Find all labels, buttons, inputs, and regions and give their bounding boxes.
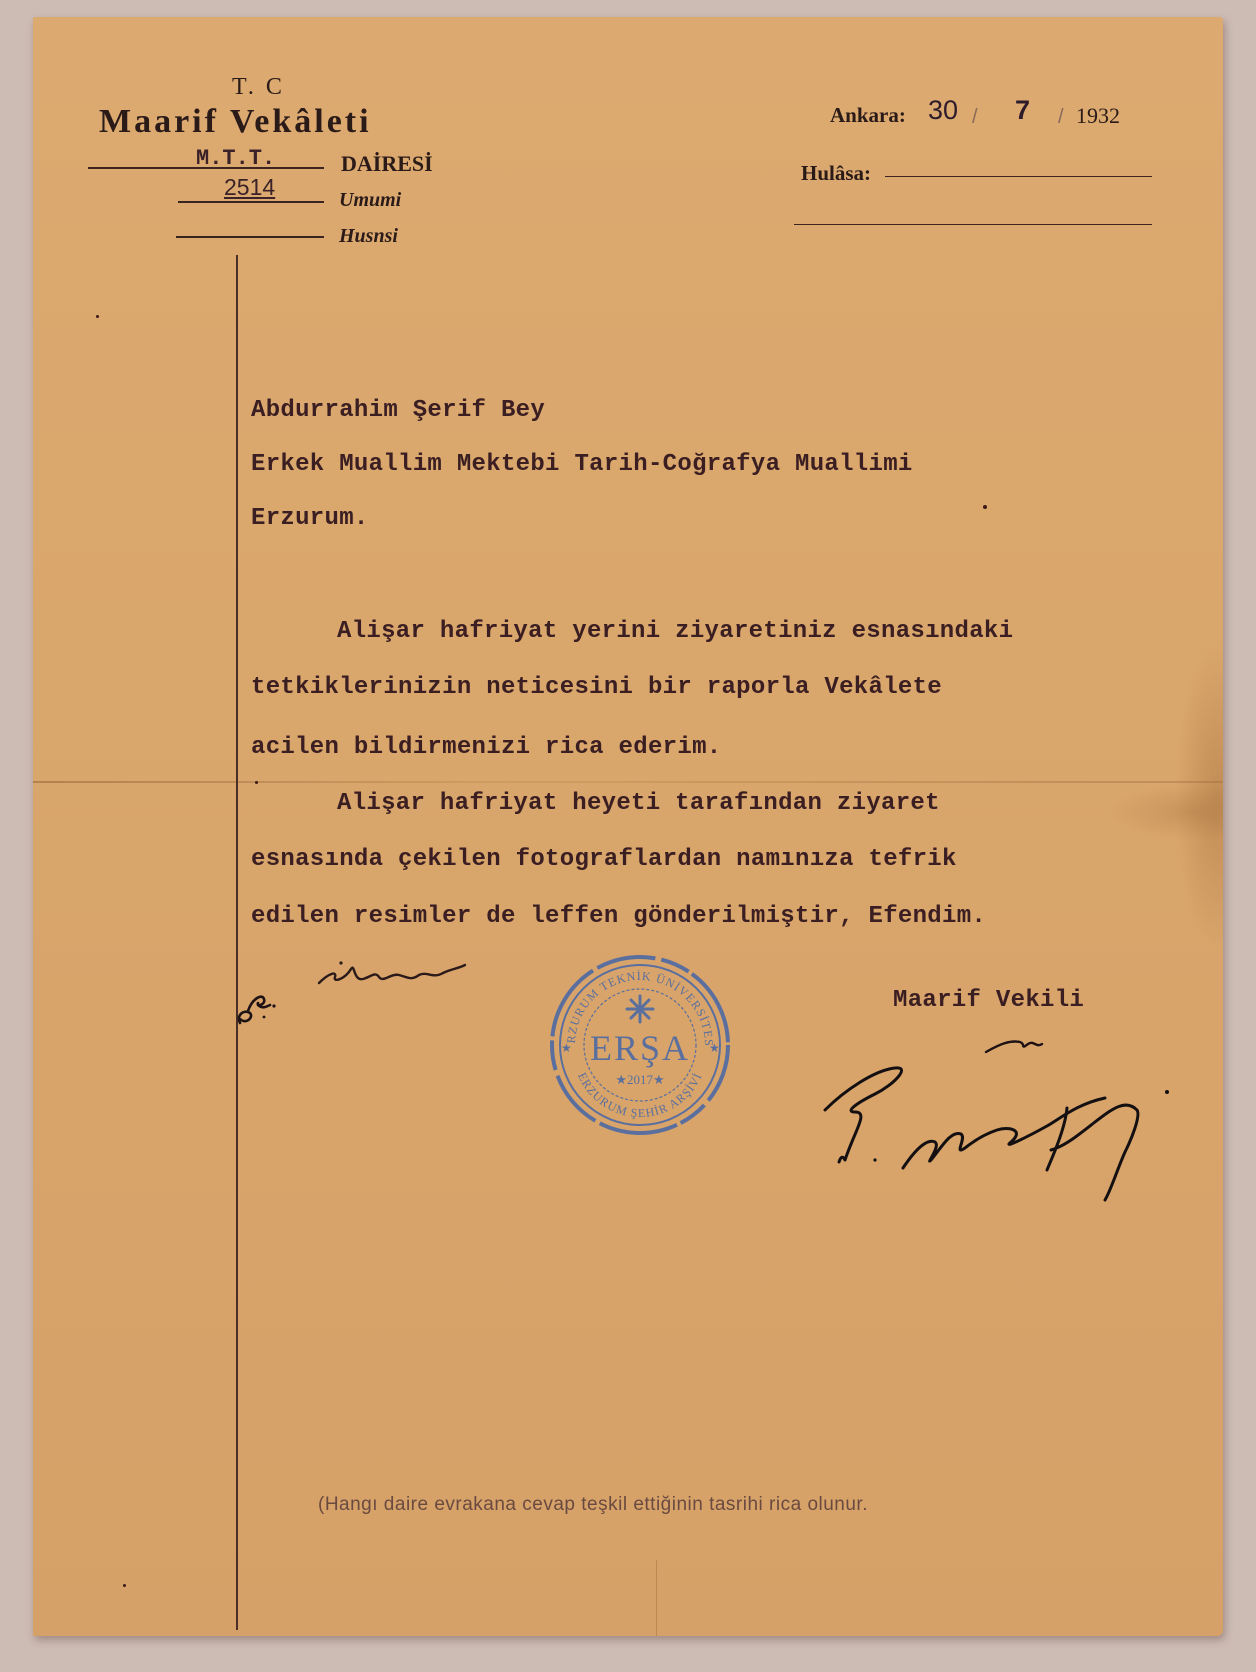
archive-stamp: ERZURUM TEKNİK ÜNİVERSİTESİ ERZURUM ŞEHİ… xyxy=(545,950,735,1140)
ink-speck xyxy=(96,315,99,318)
body-line: acilen bildirmenizi rica ederim. xyxy=(251,734,721,761)
stamp-star-icon: ★ xyxy=(561,1041,572,1055)
summary-rule-2 xyxy=(794,224,1152,225)
signatory-title: Maarif Vekili xyxy=(893,987,1084,1014)
summary-rule xyxy=(885,176,1152,177)
summary-label: Hulâsa: xyxy=(801,161,871,186)
body-line: edilen resimler de leffen gönderilmiştir… xyxy=(251,903,986,930)
reference-number: 2514 xyxy=(224,174,275,201)
state-label: T. C xyxy=(232,74,285,101)
handwritten-note-icon xyxy=(315,955,475,995)
department-code: M.T.T. xyxy=(196,146,275,171)
horizontal-fold-line xyxy=(33,781,1223,783)
stamp-year: ★2017★ xyxy=(615,1072,664,1087)
recipient-position: Erkek Muallim Mektebi Tarih-Coğrafya Mua… xyxy=(251,451,913,478)
date-separator: / xyxy=(1058,106,1064,129)
recipient-name: Abdurrahim Şerif Bey xyxy=(251,397,545,424)
body-line: esnasında çekilen fotograflardan namınız… xyxy=(251,846,957,873)
snowflake-icon xyxy=(627,996,653,1022)
ink-speck xyxy=(983,505,987,509)
margin-line xyxy=(236,255,238,1630)
body-line: tetkiklerinizin neticesini bir raporla V… xyxy=(251,674,942,701)
minister-signature-icon xyxy=(815,1060,1185,1210)
footer-note: (Hangı daire evrakana cevap teşkil ettiğ… xyxy=(318,1494,868,1516)
place-label: Ankara: xyxy=(830,103,906,128)
private-rule xyxy=(176,236,324,238)
body-line: Alişar hafriyat yerini ziyaretiniz esnas… xyxy=(337,618,1013,645)
recipient-city: Erzurum. xyxy=(251,505,369,532)
department-label: DAİRESİ xyxy=(341,151,433,177)
stamp-star-icon: ★ xyxy=(709,1041,720,1055)
ink-speck xyxy=(123,1584,126,1587)
ref-number-rule xyxy=(178,201,324,203)
ministry-title: Maarif Vekâleti xyxy=(99,103,372,141)
stamp-center-text: ERŞA xyxy=(590,1028,690,1068)
document-paper xyxy=(33,17,1223,1636)
date-separator: / xyxy=(972,106,978,129)
date-month: 7 xyxy=(1015,95,1030,126)
signature-accent-icon xyxy=(980,1030,1050,1060)
ink-speck xyxy=(255,781,258,784)
private-label: Husnsi xyxy=(339,225,398,248)
date-year: 1932 xyxy=(1076,103,1120,129)
body-line: Alişar hafriyat heyeti tarafından ziyare… xyxy=(337,790,940,817)
date-day: 30 xyxy=(928,95,958,126)
general-label: Umumi xyxy=(339,189,401,212)
vertical-fold-line xyxy=(656,1560,657,1636)
initials-mark-icon xyxy=(234,985,284,1030)
